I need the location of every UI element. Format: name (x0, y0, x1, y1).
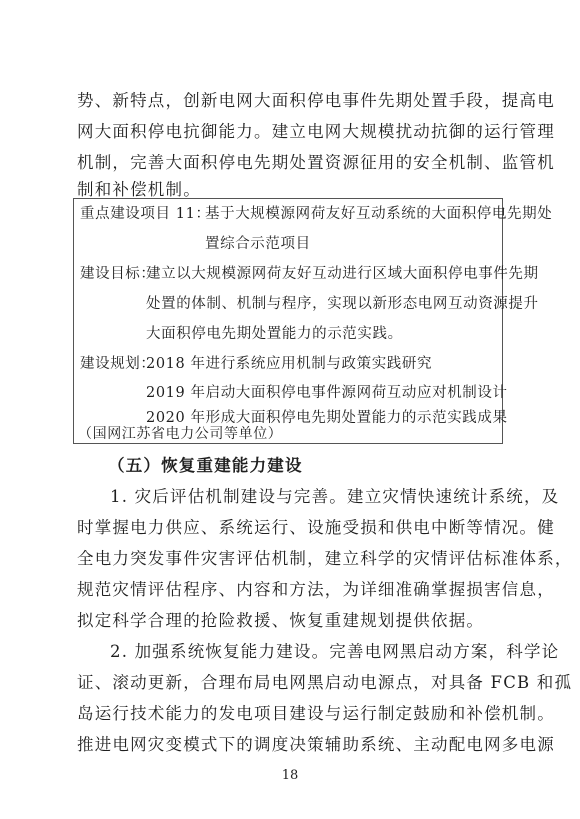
intro-line: 制和补偿机制。 (77, 180, 507, 200)
intro-line: 网大面积停电抗御能力。建立电网大规模扰动抗御的运行管理 (77, 122, 507, 142)
responsible-unit: （国网江苏省电力公司等单位） (78, 425, 282, 443)
para1-line: 1. 灾后评估机制建设与完善。建立灾情快速统计系统，及 (110, 487, 540, 507)
intro-line: 势、新特点，创新电网大面积停电事件先期处置手段，提高电 (77, 91, 507, 111)
para2-line: 2. 加强系统恢复能力建设。完善电网黑启动方案，科学论 (110, 642, 540, 662)
para2-line: 推进电网灾变模式下的调度决策辅助系统、主动配电网多电源 (77, 735, 507, 755)
project-title-label: 重点建设项目 11： (80, 205, 211, 223)
plan-label: 建设规划： (80, 355, 156, 373)
goal-line: 建立以大规模源网荷友好互动进行区域大面积停电事件先期 (146, 265, 539, 283)
goal-line: 大面积停电先期处置能力的示范实践。 (146, 325, 403, 343)
key-project-box: 重点建设项目 11： 基于大规模源网荷友好互动系统的大面积停电先期处 置综合示范… (73, 198, 503, 444)
goal-label: 建设目标： (80, 265, 156, 283)
para2-line: 岛运行技术能力的发电项目建设与运行制定鼓励和补偿机制。 (77, 704, 507, 724)
project-title-line: 置综合示范项目 (205, 235, 311, 253)
para1-line: 拟定科学合理的抢险救援、恢复重建规划提供依据。 (77, 611, 507, 631)
project-title-line: 基于大规模源网荷友好互动系统的大面积停电先期处 (205, 205, 552, 223)
para1-line: 时掌握电力供应、系统运行、设施受损和供电中断等情况。健 (77, 518, 507, 538)
plan-line: 2019 年启动大面积停电事件源网荷互动应对机制设计 (146, 384, 508, 402)
para1-line: 全电力突发事件灾害评估机制，建立科学的灾情评估标准体系， (77, 549, 507, 569)
para2-line: 证、滚动更新，合理布局电网黑启动电源点，对具备 FCB 和孤 (77, 673, 507, 693)
plan-line: 2018 年进行系统应用机制与政策实践研究 (146, 355, 432, 373)
section-heading: （五）恢复重建能力建设 (108, 456, 538, 476)
goal-line: 处置的体制、机制与程序，实现以新形态电网互动资源提升 (146, 295, 539, 313)
para1-line: 规范灾情评估程序、内容和方法，为详细准确掌握损害信息， (77, 580, 507, 600)
page-number: 18 (0, 768, 580, 783)
intro-line: 机制，完善大面积停电先期处置资源征用的安全机制、监管机 (77, 153, 507, 173)
